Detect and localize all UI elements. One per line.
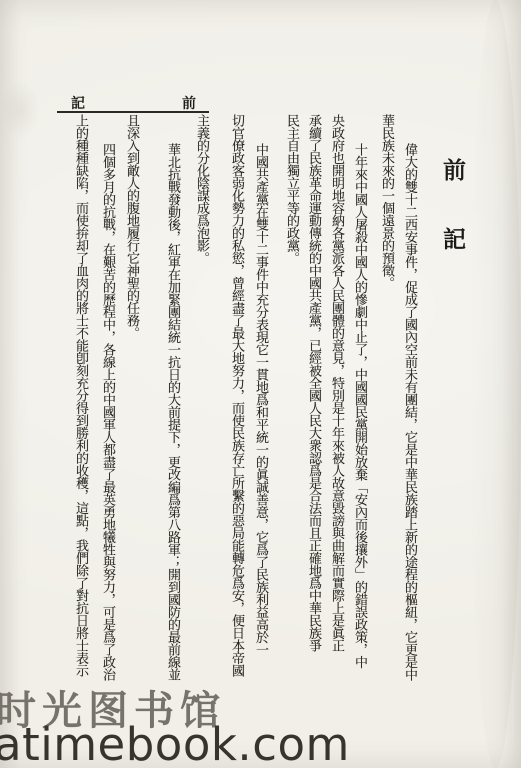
text-column: 主義的分化陰謀成爲泡影。	[192, 114, 211, 662]
text-column: 且深入到敵人的腹地履行它神聖的任務。	[122, 114, 141, 662]
text-column: 華北抗戰發動後，紅軍在加緊團結統一抗日的大前提下，更改編爲第八路軍；開到國防的最…	[163, 114, 182, 691]
running-header-rule	[57, 111, 209, 113]
text-column: 承續了民族革命運動傳統的中國共產黨，已經被全國人民大衆認爲是合法而且正確地爲中華…	[304, 114, 323, 662]
text-column: 切官僚政客弱化勢力的私慾，曾經盡了最大地努力，而使民族存亡所繫的惡局能轉危爲安，…	[227, 114, 246, 662]
watermark-website: atimebook.com	[0, 718, 350, 768]
scanned-book-page: 記 前 前記 偉大的雙十二西安事件，促成了國內空前未有團結，它是中華民族踏上新的…	[0, 0, 521, 768]
scan-edge-shade	[470, 0, 521, 768]
text-column: 上的種種缺陷，而使拚却了血肉的將士不能卽刻充分得到勝利的收穫，這點，我們除了對抗…	[71, 114, 90, 662]
running-header-char-right: 前	[182, 93, 196, 113]
page-title: 前記	[436, 158, 469, 296]
text-column: 十年來中國人屠殺中國人的慘劇中止了，中國國民黨開始放棄「安內而後攘外」的錯誤政策…	[350, 114, 369, 691]
text-column: 民主自由獨立平等的政黨。	[282, 114, 301, 662]
text-column: 華民族未來的一個遠景的預徵。	[377, 114, 396, 662]
running-header-char-left: 記	[71, 93, 85, 113]
text-column: 偉大的雙十二西安事件，促成了國內空前未有團結，它是中華民族踏上新的途程的樞紐，它…	[400, 114, 419, 691]
scan-blotch	[0, 80, 40, 140]
text-column: 央政府也開明地容納各黨派各人民團體的意見，特別是十年來被人故意毀謗與曲解而實際上…	[327, 114, 346, 662]
text-column: 四個多月的抗戰，在艱苦的歷程中，各線上的中國軍人都盡了最英勇地犧牲與努力，可是爲…	[98, 114, 117, 691]
text-column: 中國共產黨在雙十二事件中充分表現它一貫地爲和平統一的眞誠善意，它爲了民族利益高於…	[251, 114, 270, 691]
